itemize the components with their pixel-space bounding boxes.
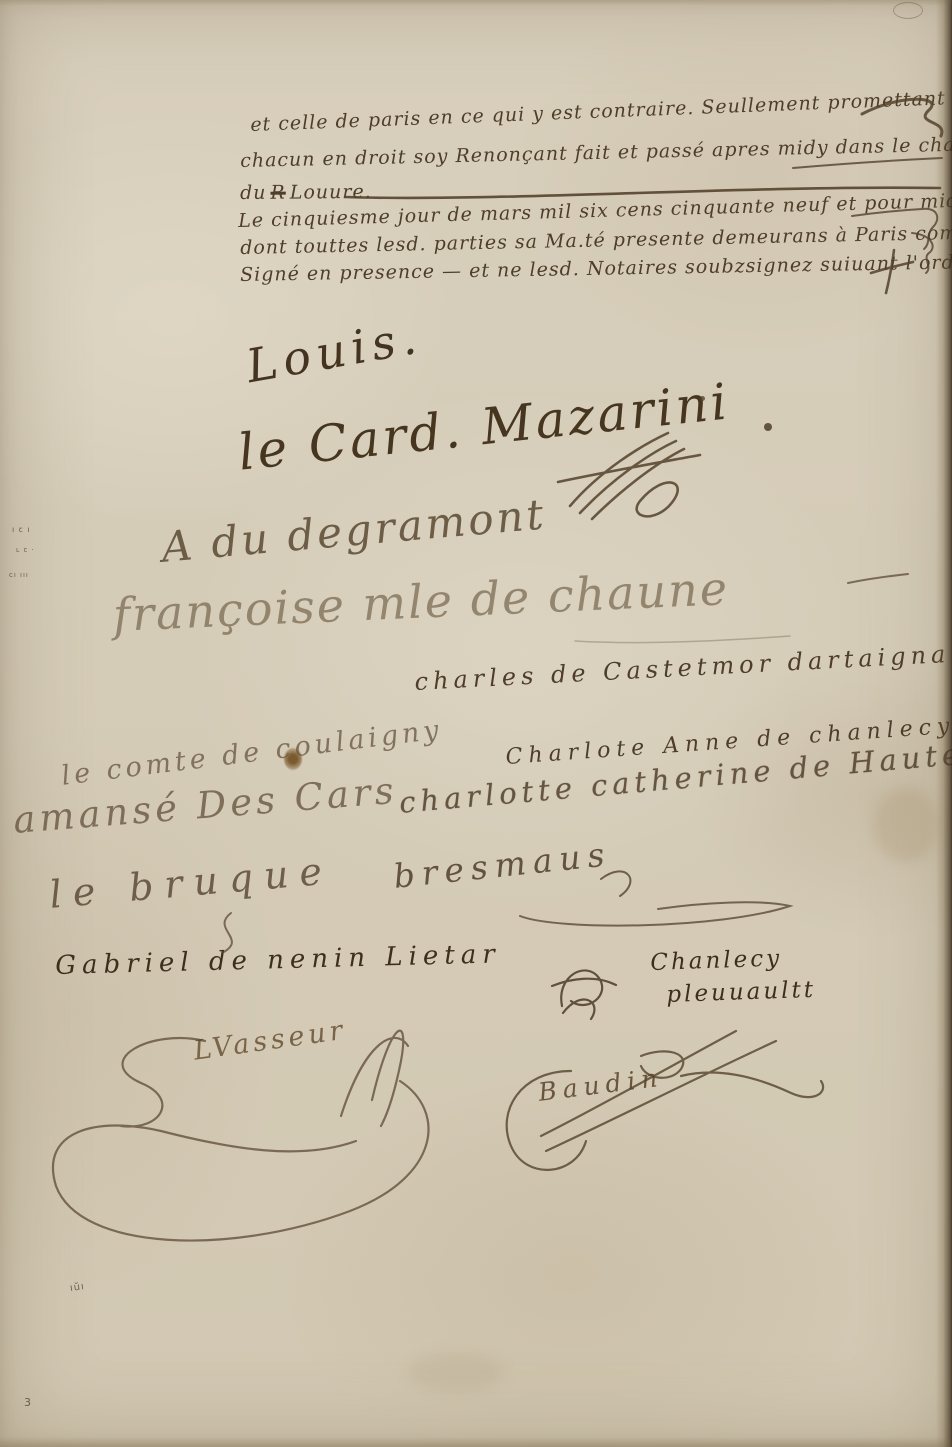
signature-le-bruque: le bruque (48, 851, 334, 914)
bottom-left-ink-note: ıŭı (69, 1281, 85, 1294)
ink-speck-small (700, 396, 705, 401)
paper-smudge-right (874, 788, 938, 862)
signature-notary-baudin: Baudin (537, 1065, 665, 1105)
signature-chanlecy-pleuvault-line2: pleuuaultt (666, 979, 816, 1007)
date-clause-line-3: Signé en presence — et ne lesd. Notaires… (240, 252, 952, 285)
signature-gabriel-de-nenin-lietar: Gabriel de nenin Lietar (55, 941, 501, 979)
signature-cardinal-mazarin: le Card. Mazarini (236, 376, 732, 477)
page-edge-top (0, 0, 952, 6)
gramont-trailing-dash (848, 574, 908, 583)
closing-text-line-3: duRLouure. (240, 183, 372, 203)
closing-text-line-2: chacun en droit soy Renonçant fait et pa… (240, 134, 952, 171)
bottom-left-folio-number: 3 (24, 1396, 32, 1409)
levasseur-paraph-loop (53, 1031, 429, 1241)
signature-chanlecy-pleuvault-line1: Chanlecy (650, 947, 783, 975)
manuscript-page: et celle de paris en ce qui y est contra… (0, 0, 952, 1447)
chanlecy-monogram (552, 970, 616, 1019)
margin-pencil-mark-1: ı ꞇ ı (12, 524, 30, 535)
bresmaus-tail-flourish (601, 871, 630, 896)
ink-stain (284, 748, 302, 770)
word-louvre: Louure. (290, 181, 372, 204)
ink-speck (764, 423, 772, 431)
signature-duc-de-gramont: A du degramont (160, 493, 548, 568)
francoise-faint-underline (575, 636, 790, 643)
paper-smudge-bottom (408, 1352, 504, 1392)
closing-text-line-1: et celle de paris en ce qui y est contra… (250, 85, 952, 135)
bresmaus-oval-underline (520, 902, 790, 925)
page-edge-right (936, 0, 952, 1447)
margin-pencil-mark-2: ʟ ꞇ · (16, 546, 35, 555)
margin-pencil-mark-3: cı ııı (9, 571, 29, 579)
struck-out-letter: R (270, 182, 286, 204)
page-edge-bottom (0, 1437, 952, 1447)
word-du: du (240, 182, 267, 204)
signature-bresmaus: bresmaus (392, 837, 613, 893)
signature-louis-xiv: Louis. (243, 313, 425, 389)
signature-dartagnan: charles de Castetmor dartaignan (414, 641, 952, 694)
signature-francoise-de-chaune: françoise mle de chaune (112, 565, 730, 638)
signature-notary-levasseur: LVasseur (192, 1017, 348, 1065)
line2-trailing-rule (793, 158, 942, 168)
